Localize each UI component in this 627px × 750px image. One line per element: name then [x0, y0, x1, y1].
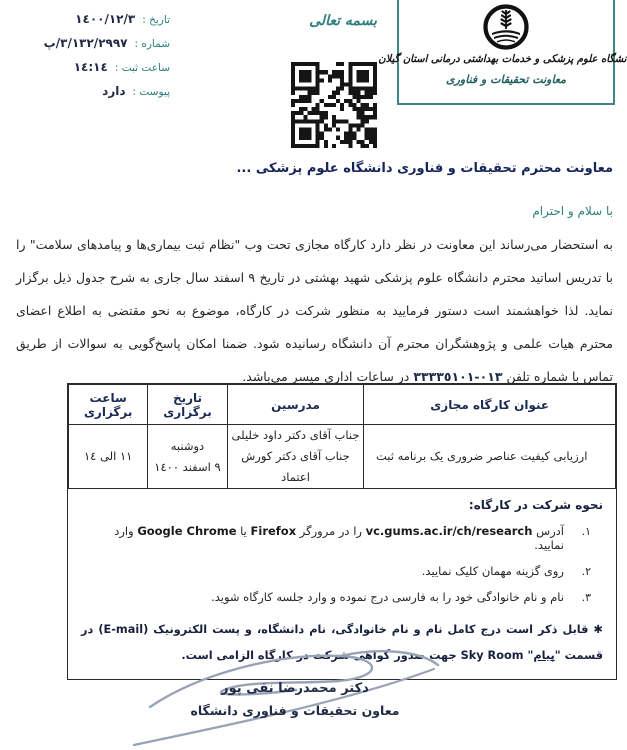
field-attachment-value: دارد [102, 84, 125, 98]
cell-date: دوشنبه ٩ اسفند ١٤٠٠ [148, 425, 227, 489]
signer-name: دکتر محمدرضا نقی پور [128, 681, 462, 696]
workshop-table-box: عنوان کارگاه مجازی مدرسین تاریخ برگزاری … [67, 383, 617, 680]
item-1-seg-1: آدرس [532, 524, 564, 538]
cell-instructors: جناب آقای دکتر داود خلیلی جناب آقای دکتر… [227, 425, 364, 489]
header-instructors: مدرسین [227, 385, 364, 425]
workshop-table: عنوان کارگاه مجازی مدرسین تاریخ برگزاری … [68, 384, 616, 489]
field-number-value: ٣/١٣٢/٢٩٩٧/پ [44, 36, 128, 50]
sky-room-label: Sky Room [461, 649, 524, 662]
date-value: ٩ اسفند ١٤٠٠ [148, 457, 226, 478]
bismillah-text: بسمه تعالی [302, 13, 384, 29]
instructor-2: جناب آقای دکتر کورش اعتماد [228, 446, 364, 488]
deputy-name: معاونت تحقیقات و فناوری [446, 73, 566, 86]
table-header-row: عنوان کارگاه مجازی مدرسین تاریخ برگزاری … [69, 385, 616, 425]
item-2-text: روی گزینه مهمان کلیک نمایید. [422, 564, 564, 578]
item-3-text: نام و نام خانوادگی خود را به فارسی درج ن… [211, 590, 564, 604]
item-1-text: آدرس vc.gums.ac.ir/ch/research را در مرو… [81, 524, 564, 552]
item-1-seg-3: یا [237, 524, 251, 538]
letter-body: به استحضار می‌رساند این معاونت در نظر دا… [16, 228, 613, 393]
item-2-number: ٢. [577, 565, 591, 578]
cell-workshop-title: ارزیابی کیفیت عناصر ضروری یک برنامه ثبت [364, 425, 616, 489]
instruction-item-1: ١. آدرس vc.gums.ac.ir/ch/research را در … [81, 524, 603, 552]
workshop-url: vc.gums.ac.ir/ch/research [366, 524, 533, 538]
item-1-seg-2: را در مرورگر [296, 524, 365, 538]
letter-page: تاریخ : ١٤٠٠/١٢/٣ شماره : ٣/١٣٢/٢٩٩٧/پ س… [0, 0, 627, 750]
university-name: دانشگاه علوم پزشکی و خدمات بهداشتی درمان… [378, 54, 627, 66]
handwritten-signature-icon [128, 645, 462, 747]
cell-time: ١١ الی ١٤ [69, 425, 148, 489]
field-reg-time: ساعت ثبت : ١٤:١٤ [16, 60, 170, 84]
field-reg-time-value: ١٤:١٤ [74, 60, 108, 74]
phone-number: ٠١٣-٣٣٣٣٥١٠١ [413, 369, 502, 384]
university-logo-icon [482, 3, 530, 51]
instructor-1: جناب آقای دکتر داود خلیلی [228, 425, 364, 446]
browser-firefox: Firefox [251, 524, 297, 538]
field-number: شماره : ٣/١٣٢/٢٩٩٧/پ [16, 36, 170, 60]
date-weekday: دوشنبه [148, 436, 226, 457]
field-date-label: تاریخ : [142, 14, 170, 26]
instructions-heading: نحوه شرکت در کارگاه: [81, 498, 603, 512]
letter-body-text-2: در ساعات اداری میسر می‌باشد. [242, 369, 413, 384]
qr-code-icon [290, 62, 378, 148]
instruction-item-3: ٣. نام و نام خانوادگی خود را به فارسی در… [81, 590, 603, 604]
registration-fields: تاریخ : ١٤٠٠/١٢/٣ شماره : ٣/١٣٢/٢٩٩٧/پ س… [16, 12, 170, 108]
header-workshop-title: عنوان کارگاه مجازی [364, 385, 616, 425]
recipient-line: معاونت محترم تحقیقات و فناوری دانشگاه عل… [150, 161, 613, 176]
table-row: ارزیابی کیفیت عناصر ضروری یک برنامه ثبت … [69, 425, 616, 489]
note-word-message: پیام [533, 649, 554, 662]
instruction-item-2: ٢. روی گزینه مهمان کلیک نمایید. [81, 564, 603, 578]
salutation-line: با سلام و احترام [532, 204, 613, 218]
item-3-number: ٣. [577, 591, 591, 604]
browser-chrome: Google Chrome [137, 524, 236, 538]
letter-body-text-1: به استحضار می‌رساند این معاونت در نظر دا… [16, 237, 613, 384]
signature-block: دکتر محمدرضا نقی پور معاون تحقیقات و فنا… [128, 645, 462, 747]
field-date: تاریخ : ١٤٠٠/١٢/٣ [16, 12, 170, 36]
field-attachment: پیوست : دارد [16, 84, 170, 108]
letterhead-box: دانشگاه علوم پزشکی و خدمات بهداشتی درمان… [397, 0, 615, 105]
note-seg-2: " [524, 649, 534, 662]
field-date-value: ١٤٠٠/١٢/٣ [75, 12, 135, 26]
header-date: تاریخ برگزاری [148, 385, 227, 425]
field-reg-time-label: ساعت ثبت : [115, 62, 170, 74]
field-number-label: شماره : [134, 38, 170, 50]
signer-title: معاون تحقیقات و فناوری دانشگاه [128, 703, 462, 718]
item-1-number: ١. [577, 525, 591, 538]
field-attachment-label: پیوست : [133, 86, 171, 98]
header-time: ساعت برگزاری [69, 385, 148, 425]
